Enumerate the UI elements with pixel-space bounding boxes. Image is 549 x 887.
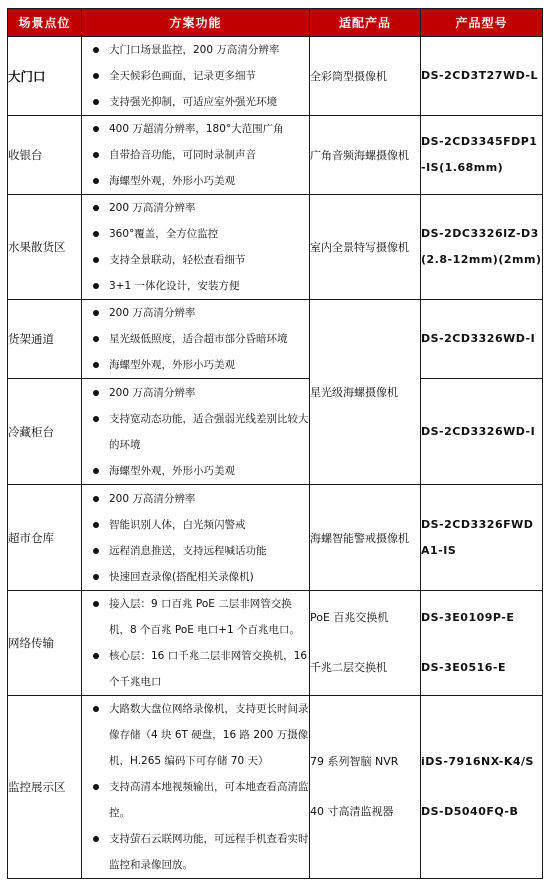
feature-item: 智能识别人体，白光频闪警戒: [82, 512, 309, 538]
table-row: 冷藏柜台 200 万高清分辨率 支持宽动态功能，适合强弱光线差别比较大的环境 海…: [8, 379, 543, 485]
features-cell: 200 万高清分辨率 智能识别人体，白光频闪警戒 远程消息推送，支持远程喊话功能…: [82, 485, 310, 591]
feature-item: 大路数大盘位网络录像机，支持更长时间录像存储（4 块 6T 硬盘，16 路 20…: [82, 696, 309, 774]
bullet-icon: [93, 362, 99, 368]
feature-item: 200 万高清分辨率: [82, 380, 309, 406]
features-cell: 200 万高清分辨率 360°覆盖，全方位监控 支持全景联动，轻松查看细节 3+…: [82, 195, 310, 300]
bullet-icon: [93, 416, 99, 422]
product-cell: 室内全景特写摄像机: [310, 195, 421, 300]
feature-item: 全天候彩色画面，记录更多细节: [82, 63, 309, 89]
bullet-icon: [93, 283, 99, 289]
product-name: 79 系列智脑 NVR: [310, 749, 420, 775]
feature-item: 400 万超清分辨率，180°大范围广角: [82, 116, 309, 142]
header-model: 产品型号: [421, 9, 543, 37]
header-features: 方案功能: [82, 9, 310, 37]
table-row: 网络传输 接入层：9 口百兆 PoE 二层非网管交换机，8 个百兆 PoE 电口…: [8, 591, 543, 696]
solution-spec-table: 场景点位 方案功能 适配产品 产品型号 大门口 大门口场景监控，200 万高清分…: [7, 8, 543, 879]
bullet-icon: [93, 574, 99, 580]
feature-item: 星光级低照度，适合超市部分昏暗环境: [82, 326, 309, 352]
feature-item: 核心层：16 口千兆二层非网管交换机，16 个千兆电口: [82, 643, 309, 695]
features-cell: 400 万超清分辨率，180°大范围广角 自带拾音功能，可同时录制声音 海螺型外…: [82, 116, 310, 195]
model-name: DS-D5040FQ-B: [421, 799, 542, 825]
features-cell: 200 万高清分辨率 星光级低照度，适合超市部分昏暗环境 海螺型外观，外形小巧美…: [82, 300, 310, 379]
product-cell: 海螺智能警戒摄像机: [310, 485, 421, 591]
product-name: 千兆二层交换机: [310, 655, 420, 681]
product-name: PoE 百兆交换机: [310, 605, 420, 631]
bullet-icon: [93, 601, 99, 607]
feature-item: 支持高清本地视频输出，可本地查看高清监控。: [82, 774, 309, 826]
features-cell: 大门口场景监控，200 万高清分辨率 全天候彩色画面，记录更多细节 支持强光抑制…: [82, 37, 310, 116]
bullet-icon: [93, 706, 99, 712]
scene-cell: 冷藏柜台: [8, 379, 82, 485]
table-row: 监控展示区 大路数大盘位网络录像机，支持更长时间录像存储（4 块 6T 硬盘，1…: [8, 696, 543, 879]
bullet-icon: [93, 336, 99, 342]
feature-item: 海螺型外观，外形小巧美观: [82, 352, 309, 378]
scene-cell: 水果散货区: [8, 195, 82, 300]
feature-item: 360°覆盖，全方位监控: [82, 221, 309, 247]
product-cell: 星光级海螺摄像机: [310, 300, 421, 485]
feature-item: 接入层：9 口百兆 PoE 二层非网管交换机，8 个百兆 PoE 电口+1 个百…: [82, 591, 309, 643]
table-row: 水果散货区 200 万高清分辨率 360°覆盖，全方位监控 支持全景联动，轻松查…: [8, 195, 543, 300]
product-name: 40 寸高清监视器: [310, 799, 420, 825]
feature-item: 3+1 一体化设计，安装方便: [82, 273, 309, 299]
bullet-icon: [93, 548, 99, 554]
feature-item: 大门口场景监控，200 万高清分辨率: [82, 37, 309, 63]
bullet-icon: [93, 468, 99, 474]
feature-item: 200 万高清分辨率: [82, 300, 309, 326]
feature-item: 200 万高清分辨率: [82, 195, 309, 221]
feature-item: 海螺型外观，外形小巧美观: [82, 168, 309, 194]
bullet-icon: [93, 653, 99, 659]
bullet-icon: [93, 73, 99, 79]
scene-cell: 超市仓库: [8, 485, 82, 591]
header-scene: 场景点位: [8, 9, 82, 37]
model-name: DS-3E0516-E: [421, 655, 542, 681]
model-name: iDS-7916NX-K4/S: [421, 749, 542, 775]
bullet-icon: [93, 496, 99, 502]
bullet-icon: [93, 257, 99, 263]
bullet-icon: [93, 231, 99, 237]
model-cell: DS-2DC3326IZ-D3(2.8-12mm)(2mm): [421, 195, 543, 300]
features-cell: 大路数大盘位网络录像机，支持更长时间录像存储（4 块 6T 硬盘，16 路 20…: [82, 696, 310, 879]
bullet-icon: [93, 152, 99, 158]
scene-cell: 货架通道: [8, 300, 82, 379]
feature-item: 支持强光抑制，可适应室外强光环境: [82, 89, 309, 115]
model-cell: DS-2CD3326FWDA1-IS: [421, 485, 543, 591]
bullet-icon: [93, 178, 99, 184]
product-cell: 全彩筒型摄像机: [310, 37, 421, 116]
feature-item: 200 万高清分辨率: [82, 486, 309, 512]
bullet-icon: [93, 784, 99, 790]
product-cell: 79 系列智脑 NVR 40 寸高清监视器: [310, 696, 421, 879]
bullet-icon: [93, 390, 99, 396]
features-cell: 200 万高清分辨率 支持宽动态功能，适合强弱光线差别比较大的环境 海螺型外观，…: [82, 379, 310, 485]
header-product: 适配产品: [310, 9, 421, 37]
bullet-icon: [93, 99, 99, 105]
bullet-icon: [93, 47, 99, 53]
model-cell: DS-3E0109P-E DS-3E0516-E: [421, 591, 543, 696]
feature-item: 支持宽动态功能，适合强弱光线差别比较大的环境: [82, 406, 309, 458]
bullet-icon: [93, 126, 99, 132]
product-cell: 广角音频海螺摄像机: [310, 116, 421, 195]
model-cell: DS-2CD3326WD-I: [421, 379, 543, 485]
model-cell: DS-2CD3345FDP1-IS(1.68mm): [421, 116, 543, 195]
bullet-icon: [93, 836, 99, 842]
feature-item: 远程消息推送，支持远程喊话功能: [82, 538, 309, 564]
table-row: 收银台 400 万超清分辨率，180°大范围广角 自带拾音功能，可同时录制声音 …: [8, 116, 543, 195]
feature-item: 支持萤石云联网功能，可远程手机查看实时监控和录像回放。: [82, 826, 309, 878]
scene-cell: 收银台: [8, 116, 82, 195]
feature-item: 海螺型外观，外形小巧美观: [82, 458, 309, 484]
table-row: 货架通道 200 万高清分辨率 星光级低照度，适合超市部分昏暗环境 海螺型外观，…: [8, 300, 543, 379]
bullet-icon: [93, 205, 99, 211]
model-cell: DS-2CD3326WD-I: [421, 300, 543, 379]
bullet-icon: [93, 522, 99, 528]
model-cell: DS-2CD3T27WD-L: [421, 37, 543, 116]
model-name: DS-3E0109P-E: [421, 605, 542, 631]
scene-cell: 大门口: [8, 37, 82, 116]
table-row: 大门口 大门口场景监控，200 万高清分辨率 全天候彩色画面，记录更多细节 支持…: [8, 37, 543, 116]
scene-cell: 监控展示区: [8, 696, 82, 879]
features-cell: 接入层：9 口百兆 PoE 二层非网管交换机，8 个百兆 PoE 电口+1 个百…: [82, 591, 310, 696]
feature-item: 快速回查录像(搭配相关录像机): [82, 564, 309, 590]
bullet-icon: [93, 310, 99, 316]
model-cell: iDS-7916NX-K4/S DS-D5040FQ-B: [421, 696, 543, 879]
scene-cell: 网络传输: [8, 591, 82, 696]
feature-item: 自带拾音功能，可同时录制声音: [82, 142, 309, 168]
product-cell: PoE 百兆交换机 千兆二层交换机: [310, 591, 421, 696]
table-header-row: 场景点位 方案功能 适配产品 产品型号: [8, 9, 543, 37]
table-row: 超市仓库 200 万高清分辨率 智能识别人体，白光频闪警戒 远程消息推送，支持远…: [8, 485, 543, 591]
feature-item: 支持全景联动，轻松查看细节: [82, 247, 309, 273]
